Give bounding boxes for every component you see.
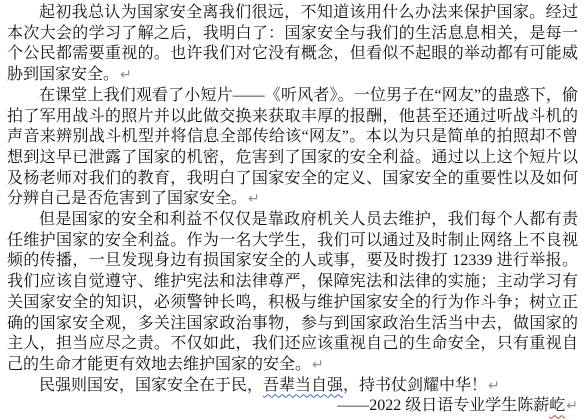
text-run: ——2022 级日语专业学生陈薪 xyxy=(337,397,549,414)
paragraph-return-mark: ↵ xyxy=(487,378,500,394)
text-run: ，持书仗剑耀中华！ xyxy=(343,377,487,394)
paragraph-intro: 起初我总认为国家安全离我们很远，不知道该用什么办法来保护国家。经过本次大会的学习… xyxy=(7,3,578,86)
paragraph-slogan: 民强则国安，国家安全在于民，吾辈当自强，持书仗剑耀中华！↵ xyxy=(7,376,578,397)
document-page: 起初我总认为国家安全离我们很远，不知道该用什么办法来保护国家。经过本次大会的学习… xyxy=(0,0,585,420)
spellcheck-flagged-text: 屹 xyxy=(549,397,565,414)
text-run: 起初我总认为国家安全离我们很远，不知道该用什么办法来保护国家。经过本次大会的学习… xyxy=(7,4,578,83)
text-run: 但是国家的安全和利益不仅仅是靠政府机关人员去维护，我们每个人都有责任维护国家的安… xyxy=(7,211,578,373)
paragraph-return-mark: ↵ xyxy=(247,191,260,207)
text-run: 民强则国安，国家安全在于民， xyxy=(39,377,263,394)
paragraph-film: 在课堂上我们观看了小短片——《听风者》。一位男子在“网友”的蛊惑下，偷拍了军用战… xyxy=(7,86,578,210)
paragraph-return-mark: ↵ xyxy=(311,357,324,373)
paragraph-return-mark: ↵ xyxy=(565,398,578,414)
paragraph-return-mark: ↵ xyxy=(119,67,132,83)
paragraph-responsibility: 但是国家的安全和利益不仅仅是靠政府机关人员去维护，我们每个人都有责任维护国家的安… xyxy=(7,210,578,376)
text-run: 在课堂上我们观看了小短片——《听风者》。一位男子在“网友”的蛊惑下，偷拍了军用战… xyxy=(7,87,578,208)
paragraph-signature: ——2022 级日语专业学生陈薪屹↵ xyxy=(7,396,578,417)
spellcheck-flagged-text: 吾辈当自强 xyxy=(263,377,343,394)
